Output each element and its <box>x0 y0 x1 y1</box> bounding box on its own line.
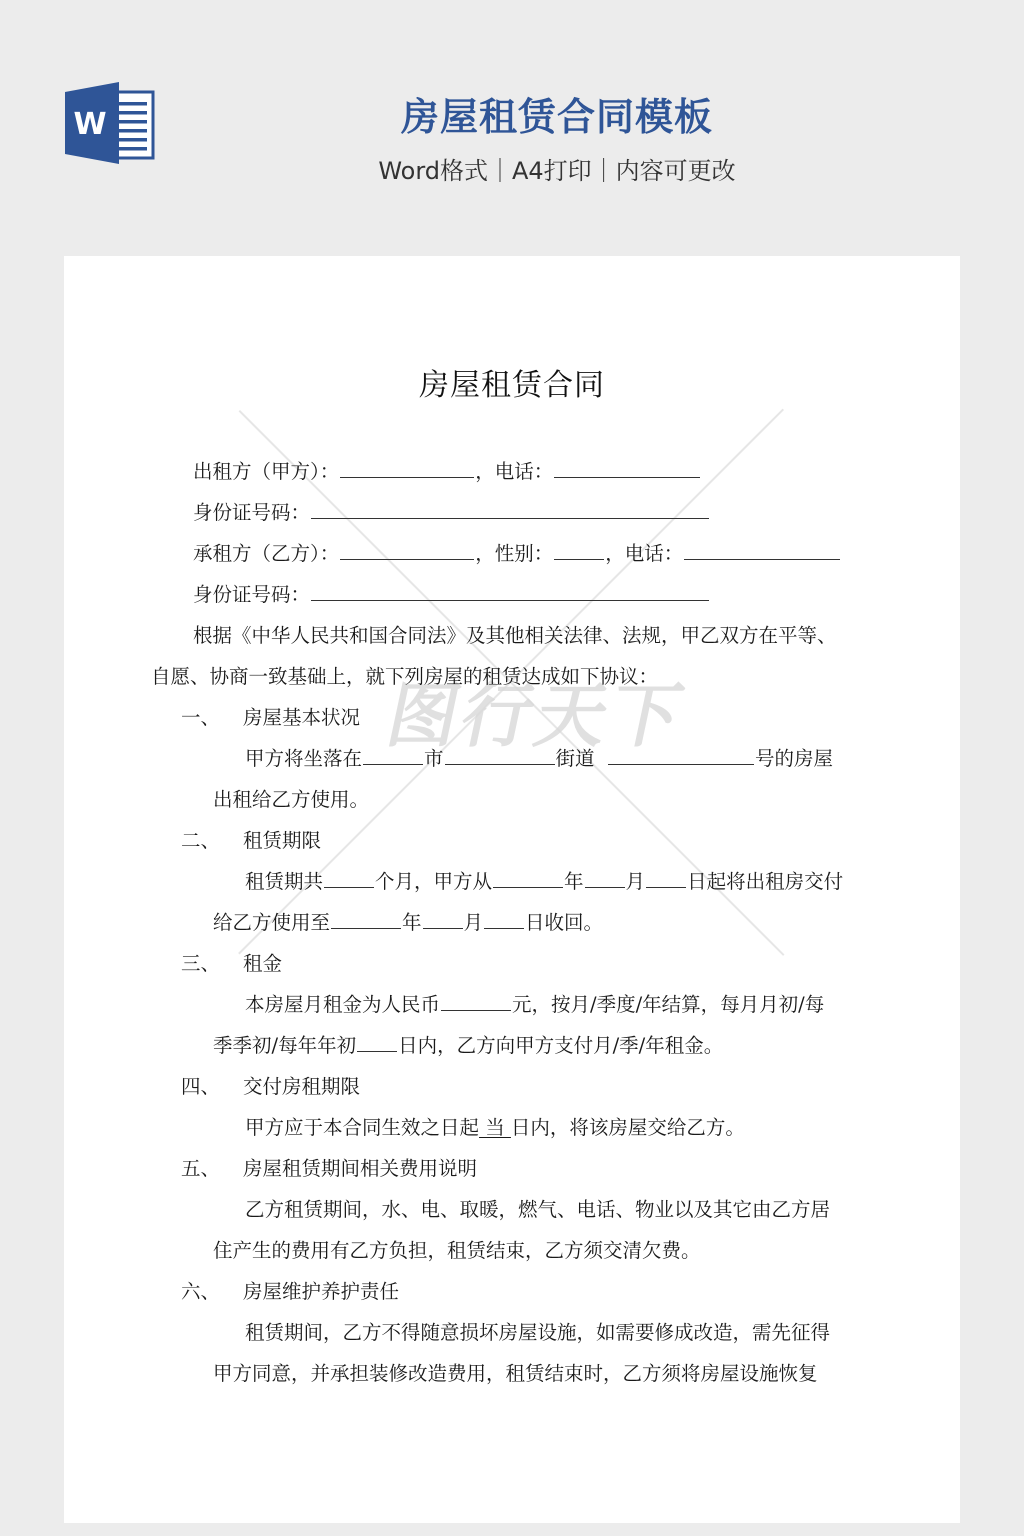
lessee-id-line: 身份证号码： <box>193 581 710 609</box>
house-number-field[interactable] <box>608 746 754 765</box>
section-heading-2: 二、租赁期限 <box>181 827 321 855</box>
lessor-id-line: 身份证号码： <box>193 499 710 527</box>
lessor-id-field[interactable] <box>311 500 709 519</box>
lessor-phone-field[interactable] <box>554 459 700 478</box>
end-year-field[interactable] <box>331 910 401 929</box>
lessor-name-field[interactable] <box>340 459 474 478</box>
start-month-field[interactable] <box>585 869 625 888</box>
section-1-para: 甲方将坐落在市街道 号的房屋 <box>245 745 833 773</box>
section-4-para: 甲方应于本合同生效之日起 当 日内，将该房屋交给乙方。 <box>245 1114 745 1142</box>
start-day-field[interactable] <box>646 869 686 888</box>
section-heading-3: 三、租金 <box>181 950 282 978</box>
section-3-para-cont: 季季初/每年年初日内，乙方向甲方支付月/季/年租金。 <box>213 1032 723 1060</box>
payment-days-field[interactable] <box>357 1033 397 1052</box>
section-5-para: 乙方租赁期间，水、电、取暖，燃气、电话、物业以及其它由乙方居 <box>245 1196 830 1224</box>
section-5-para-cont: 住产生的费用有乙方负担，租赁结束，乙方须交清欠费。 <box>213 1237 701 1265</box>
delivery-days-field[interactable]: 当 <box>479 1116 511 1139</box>
lessor-line: 出租方（甲方）：，电话： <box>193 458 701 486</box>
end-day-field[interactable] <box>484 910 524 929</box>
svg-text:W: W <box>73 107 106 142</box>
section-heading-6: 六、房屋维护养护责任 <box>181 1278 399 1306</box>
end-month-field[interactable] <box>423 910 463 929</box>
template-title: 房屋租赁合同模板 <box>350 92 764 142</box>
street-field[interactable] <box>445 746 555 765</box>
start-year-field[interactable] <box>493 869 563 888</box>
template-subtitle: Word格式｜A4打印｜内容可更改 <box>340 152 774 190</box>
document-page: 图行天下 房屋租赁合同 出租方（甲方）：，电话： 身份证号码： 承租方（乙方）：… <box>64 256 960 1523</box>
lessee-gender-field[interactable] <box>554 541 604 560</box>
section-2-para-cont: 给乙方使用至年月日收回。 <box>213 909 603 937</box>
section-heading-5: 五、房屋租赁期间相关费用说明 <box>181 1155 477 1183</box>
lessee-name-field[interactable] <box>340 541 474 560</box>
section-2-para: 租赁期共个月，甲方从年月日起将出租房交付 <box>245 868 843 896</box>
section-3-para: 本房屋月租金为人民币元，按月/季度/年结算，每月月初/每 <box>245 991 824 1019</box>
preamble-line-1: 根据《中华人民共和国合同法》及其他相关法律、法规，甲乙双方在平等、 <box>193 622 837 650</box>
section-heading-1: 一、房屋基本状况 <box>181 704 360 732</box>
section-1-para-cont: 出租给乙方使用。 <box>213 786 369 814</box>
word-document-icon: W <box>65 82 157 164</box>
section-6-para-cont: 甲方同意，并承担装修改造费用，租赁结束时，乙方须将房屋设施恢复 <box>213 1360 818 1388</box>
lessee-phone-field[interactable] <box>684 541 840 560</box>
lease-months-field[interactable] <box>324 869 374 888</box>
monthly-rent-field[interactable] <box>441 992 511 1011</box>
city-field[interactable] <box>363 746 423 765</box>
lessee-line: 承租方（乙方）：，性别：，电话： <box>193 540 841 568</box>
section-heading-4: 四、交付房租期限 <box>181 1073 360 1101</box>
document-title: 房屋租赁合同 <box>64 364 960 408</box>
preamble-line-2: 自愿、协商一致基础上，就下列房屋的租赁达成如下协议： <box>151 663 658 691</box>
section-6-para: 租赁期间，乙方不得随意损坏房屋设施，如需要修成改造，需先征得 <box>245 1319 830 1347</box>
lessee-id-field[interactable] <box>311 582 709 601</box>
